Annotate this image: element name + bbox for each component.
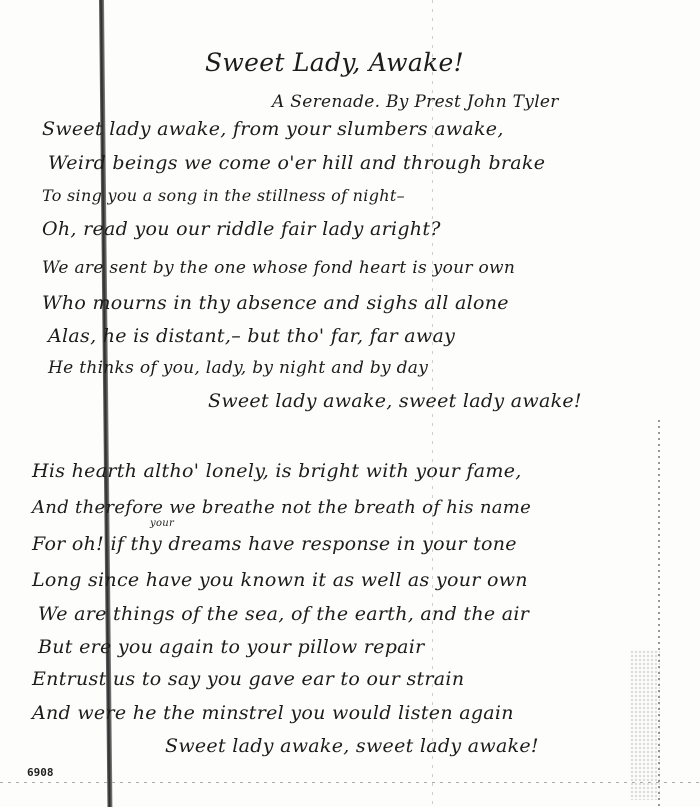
- stanza-1-line-3: To sing you a song in the stillness of n…: [42, 186, 405, 205]
- stanza-1-line-5: We are sent by the one whose fond heart …: [42, 258, 515, 278]
- stanza-1-line-7: Alas, he is distant,– but tho' far, far …: [48, 325, 455, 347]
- stanza-2-line-6: But ere you again to your pillow repair: [38, 636, 425, 658]
- poem-subtitle: A Serenade. By Prest John Tyler: [272, 92, 559, 112]
- stanza-2-refrain: Sweet lady awake, sweet lady awake!: [165, 735, 539, 757]
- interlinear-correction: your: [150, 518, 174, 529]
- stanza-2-line-5: We are things of the sea, of the earth, …: [38, 603, 529, 625]
- stanza-1-line-4: Oh, read you our riddle fair lady aright…: [42, 218, 441, 240]
- stanza-2-line-2: And therefore we breathe not the breath …: [32, 497, 531, 518]
- catalog-number: 6908: [27, 766, 54, 779]
- stanza-1-line-2: Weird beings we come o'er hill and throu…: [48, 152, 545, 174]
- stanza-2-line-3: For oh! if thy dreams have response in y…: [32, 533, 517, 555]
- stanza-1-line-6: Who mourns in thy absence and sighs all …: [42, 292, 509, 314]
- stanza-1-refrain: Sweet lady awake, sweet lady awake!: [208, 390, 582, 412]
- stanza-1-line-1: Sweet lady awake, from your slumbers awa…: [42, 118, 504, 140]
- manuscript-page: Sweet Lady, Awake! A Serenade. By Prest …: [0, 0, 700, 807]
- scan-noise: [630, 650, 660, 800]
- stanza-2-line-8: And were he the minstrel you would liste…: [32, 702, 514, 724]
- stanza-2-line-7: Entrust us to say you gave ear to our st…: [32, 668, 464, 690]
- stanza-1-line-8: He thinks of you, lady, by night and by …: [48, 358, 428, 378]
- scan-line: [0, 782, 700, 783]
- stanza-2-line-4: Long since have you known it as well as …: [32, 569, 528, 591]
- stanza-2-line-1: His hearth altho' lonely, is bright with…: [32, 460, 522, 482]
- poem-title: Sweet Lady, Awake!: [205, 48, 464, 77]
